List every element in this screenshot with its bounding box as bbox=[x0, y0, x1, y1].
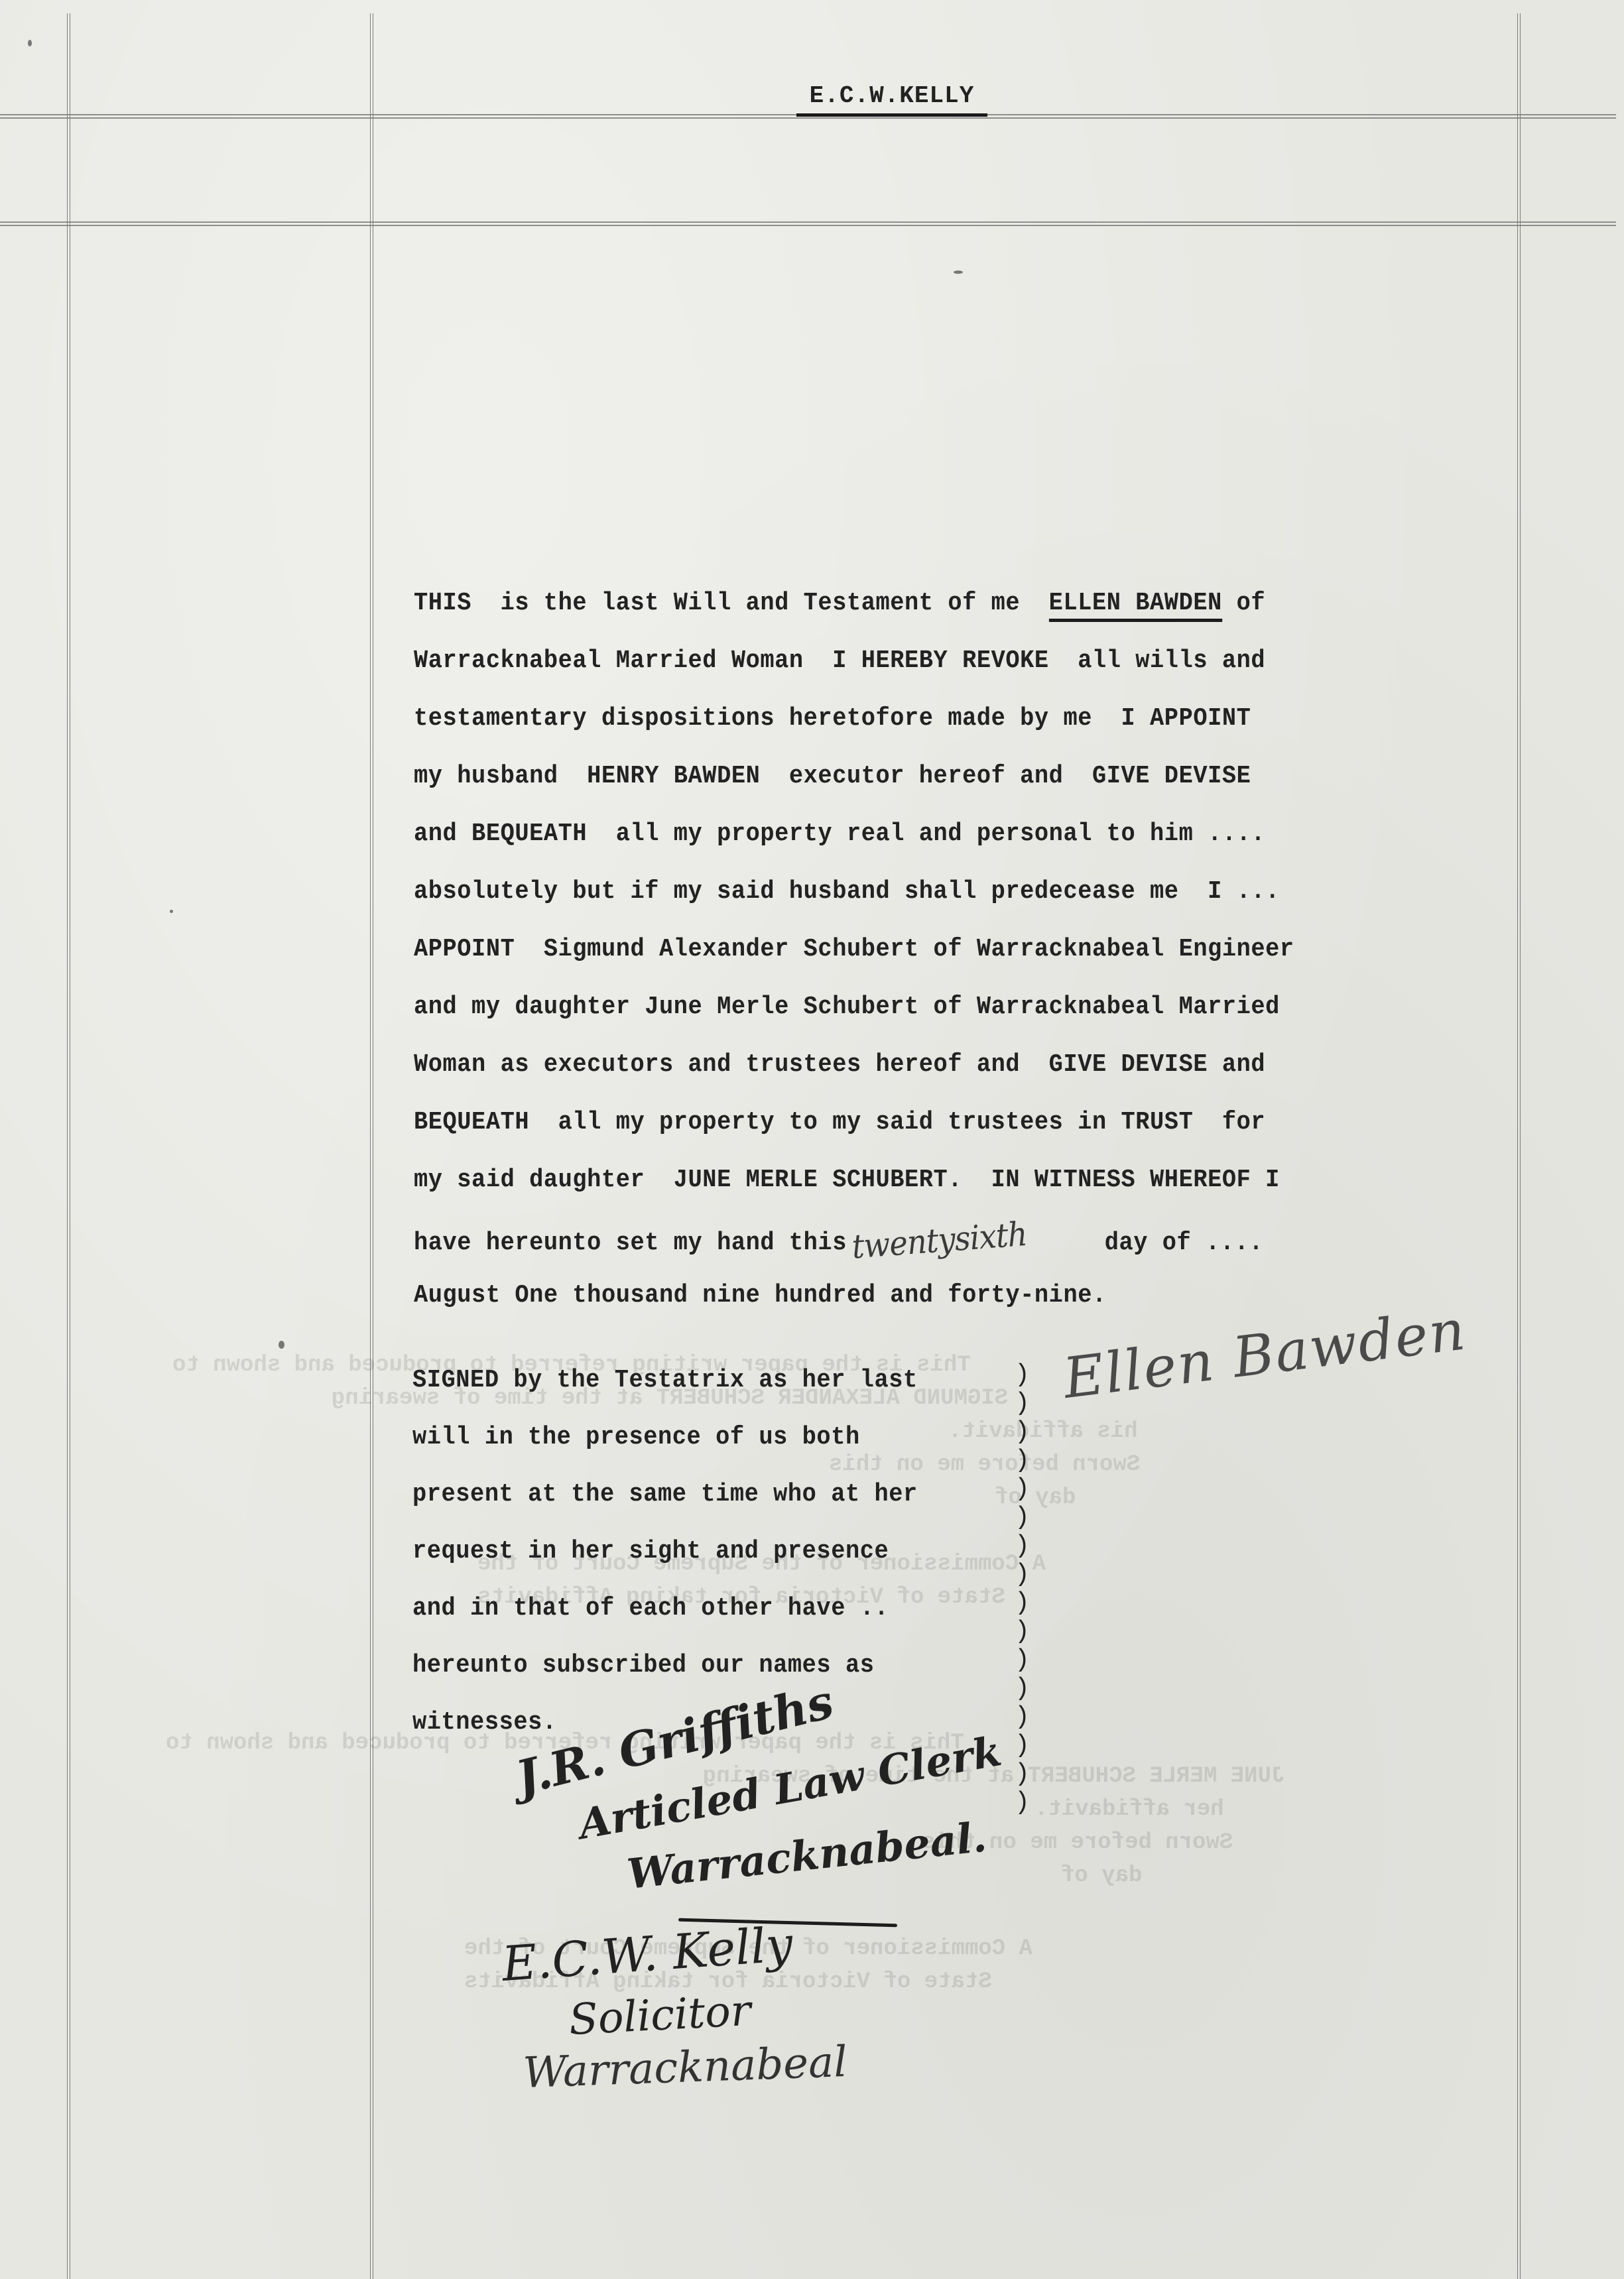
attestation-line: will in the presence of us both bbox=[412, 1418, 980, 1475]
attestation-line: and in that of each other have .. bbox=[412, 1589, 980, 1646]
bracket-glyph: ) bbox=[1015, 1361, 1028, 1389]
paper-speck bbox=[954, 271, 963, 274]
will-line-text: THIS is the last Will and Testament of m… bbox=[414, 589, 1049, 617]
will-line: APPOINT Sigmund Alexander Schubert of Wa… bbox=[414, 930, 1413, 987]
will-line-text: day of .... bbox=[1105, 1229, 1263, 1257]
paper-speck bbox=[170, 910, 173, 913]
solicitor-header: E.C.W.KELLY bbox=[796, 82, 988, 109]
will-line: have hereunto set my hand thistwentysixt… bbox=[414, 1218, 1413, 1276]
will-line-text: of bbox=[1222, 589, 1265, 617]
testatrix-name-underlined: ELLEN BAWDEN bbox=[1049, 589, 1222, 622]
header-underline bbox=[796, 113, 987, 117]
bracket-glyph: ) bbox=[1015, 1503, 1028, 1532]
bracket-glyph: ) bbox=[1015, 1589, 1028, 1617]
will-line: Warracknabeal Married Woman I HEREBY REV… bbox=[414, 641, 1413, 699]
paper-speck bbox=[279, 1341, 284, 1349]
will-line: Woman as executors and trustees hereof a… bbox=[414, 1045, 1413, 1103]
bracket-glyph: ) bbox=[1015, 1617, 1028, 1646]
will-line: and my daughter June Merle Schubert of W… bbox=[414, 987, 1413, 1045]
left-margin-rule bbox=[67, 13, 70, 2279]
bracket-glyph: ) bbox=[1015, 1532, 1028, 1560]
will-line: BEQUEATH all my property to my said trus… bbox=[414, 1103, 1413, 1160]
bleed-through-text-10: her affidavit. bbox=[1034, 1797, 1224, 1822]
attestation-line: request in her sight and presence bbox=[412, 1532, 980, 1589]
bracket-glyph: ) bbox=[1015, 1446, 1028, 1475]
bracket-glyph: ) bbox=[1015, 1389, 1028, 1418]
bracket-glyph: ) bbox=[1015, 1788, 1028, 1817]
will-line: testamentary dispositions heretofore mad… bbox=[414, 699, 1413, 757]
bracket-glyph: ) bbox=[1015, 1703, 1028, 1731]
bracket-glyph: ) bbox=[1015, 1674, 1028, 1703]
attestation-bracket: ) ) ) ) ) ) ) ) ) ) ) ) ) ) ) ) bbox=[1015, 1361, 1028, 1817]
will-line: my husband HENRY BAWDEN executor hereof … bbox=[414, 757, 1413, 814]
will-line-text: have hereunto set my hand this bbox=[414, 1229, 847, 1257]
will-body: THIS is the last Will and Testament of m… bbox=[414, 584, 1488, 1333]
will-line: my said daughter JUNE MERLE SCHUBERT. IN… bbox=[414, 1160, 1413, 1218]
bracket-glyph: ) bbox=[1015, 1760, 1028, 1788]
attestation-line: SIGNED by the Testatrix as her last bbox=[412, 1361, 980, 1418]
bracket-glyph: ) bbox=[1015, 1475, 1028, 1503]
handwritten-date: twentysixth bbox=[851, 1209, 1093, 1266]
bracket-glyph: ) bbox=[1015, 1418, 1028, 1446]
attestation-line: hereunto subscribed our names as bbox=[412, 1646, 980, 1703]
inner-margin-rule bbox=[370, 13, 373, 2279]
witness-2-title: Solicitor bbox=[568, 1987, 752, 2045]
bracket-glyph: ) bbox=[1015, 1646, 1028, 1674]
bracket-glyph: ) bbox=[1015, 1560, 1028, 1589]
right-margin-rule bbox=[1517, 13, 1521, 2279]
will-line: THIS is the last Will and Testament of m… bbox=[414, 584, 1413, 641]
header-bottom-rule bbox=[0, 221, 1616, 226]
attestation-line: present at the same time who at her bbox=[412, 1475, 980, 1532]
bleed-through-text-12: day of bbox=[1061, 1863, 1142, 1888]
paper-speck bbox=[28, 40, 32, 46]
bracket-glyph: ) bbox=[1015, 1731, 1028, 1760]
will-line: absolutely but if my said husband shall … bbox=[414, 872, 1413, 930]
will-line: and BEQUEATH all my property real and pe… bbox=[414, 814, 1413, 872]
